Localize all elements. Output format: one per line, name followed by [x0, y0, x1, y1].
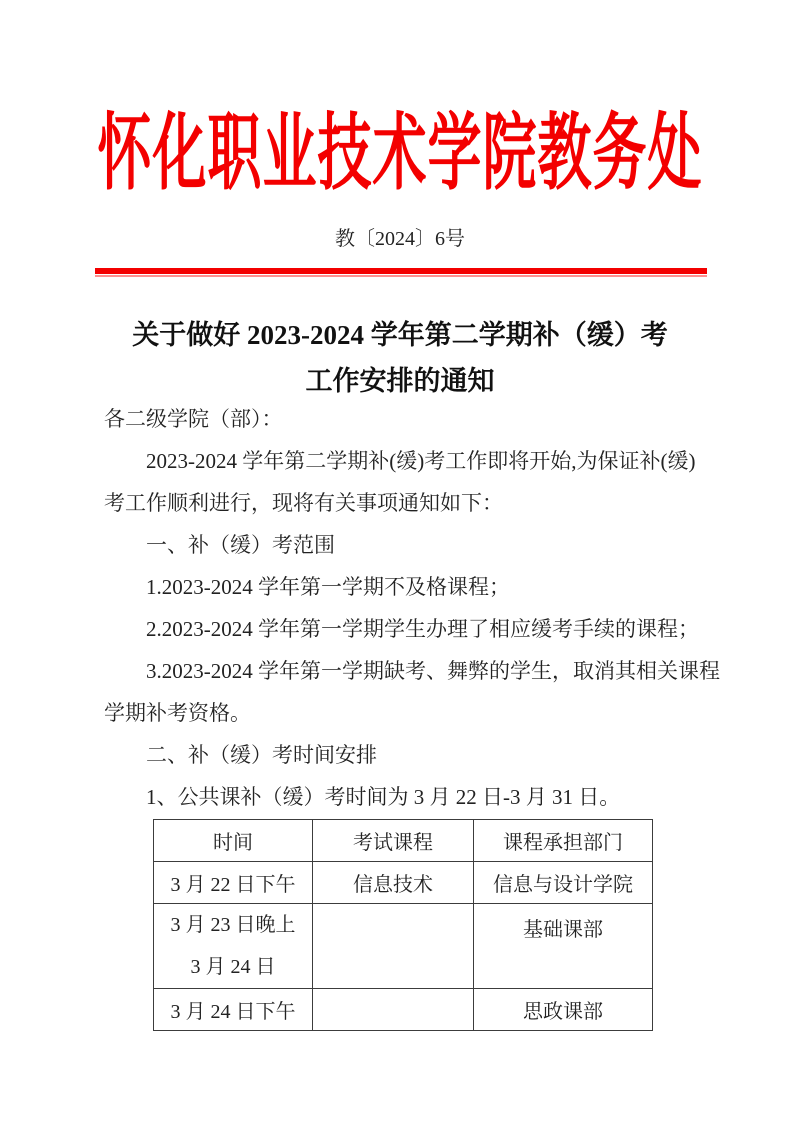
cell-time: 3 月 23 日晚上 3 月 24 日	[154, 904, 313, 989]
red-rule-thick-line	[95, 268, 707, 274]
body-line: 1、公共课补（缓）考时间为 3 月 22 日-3 月 31 日。	[104, 776, 704, 818]
cell-dept: 思政课部	[474, 989, 653, 1031]
body-line: 2023-2024 学年第二学期补(缓)考工作即将开始,为保证补(缓)	[104, 440, 704, 482]
notice-body: 各二级学院（部）： 2023-2024 学年第二学期补(缓)考工作即将开始,为保…	[104, 398, 704, 818]
body-section-2-heading: 二、补（缓）考时间安排	[104, 734, 704, 776]
exam-schedule-table: 时间 考试课程 课程承担部门 3 月 22 日下午 信息技术 信息与设计学院 3…	[153, 819, 653, 1031]
red-divider-rule	[95, 268, 707, 277]
body-line-salutation: 各二级学院（部）：	[104, 398, 704, 440]
notice-title-line-1: 关于做好 2023-2024 学年第二学期补（缓）考	[0, 312, 800, 358]
cell-course	[313, 904, 474, 989]
col-header-time: 时间	[154, 820, 313, 862]
cell-time-line-2: 3 月 24 日	[154, 946, 312, 988]
cell-time: 3 月 22 日下午	[154, 862, 313, 904]
body-line: 考工作顺利进行，现将有关事项通知如下：	[104, 482, 704, 524]
cell-dept: 基础课部	[474, 904, 653, 989]
agency-title: 怀化职业技术学院教务处	[98, 86, 703, 205]
notice-title: 关于做好 2023-2024 学年第二学期补（缓）考 工作安排的通知	[0, 312, 800, 404]
body-line: 2.2023-2024 学年第一学期学生办理了相应缓考手续的课程；	[104, 608, 704, 650]
document-page: 怀化职业技术学院教务处 教〔2024〕6号 关于做好 2023-2024 学年第…	[0, 0, 800, 1132]
document-number: 教〔2024〕6号	[0, 222, 800, 251]
cell-time: 3 月 24 日下午	[154, 989, 313, 1031]
body-line: 1.2023-2024 学年第一学期不及格课程；	[104, 566, 704, 608]
col-header-dept: 课程承担部门	[474, 820, 653, 862]
body-line: 学期补考资格。	[104, 692, 704, 734]
cell-course	[313, 989, 474, 1031]
table-row: 3 月 22 日下午 信息技术 信息与设计学院	[154, 862, 653, 904]
col-header-course: 考试课程	[313, 820, 474, 862]
red-rule-thin-line	[95, 275, 707, 277]
cell-dept: 信息与设计学院	[474, 862, 653, 904]
body-section-1-heading: 一、补（缓）考范围	[104, 524, 704, 566]
body-line: 3.2023-2024 学年第一学期缺考、舞弊的学生，取消其相关课程	[104, 650, 704, 692]
table-header-row: 时间 考试课程 课程承担部门	[154, 820, 653, 862]
cell-course: 信息技术	[313, 862, 474, 904]
table-row: 3 月 24 日下午 思政课部	[154, 989, 653, 1031]
table-row: 3 月 23 日晚上 3 月 24 日 基础课部	[154, 904, 653, 989]
cell-time-line-1: 3 月 23 日晚上	[154, 904, 312, 946]
letterhead: 怀化职业技术学院教务处	[0, 96, 800, 196]
